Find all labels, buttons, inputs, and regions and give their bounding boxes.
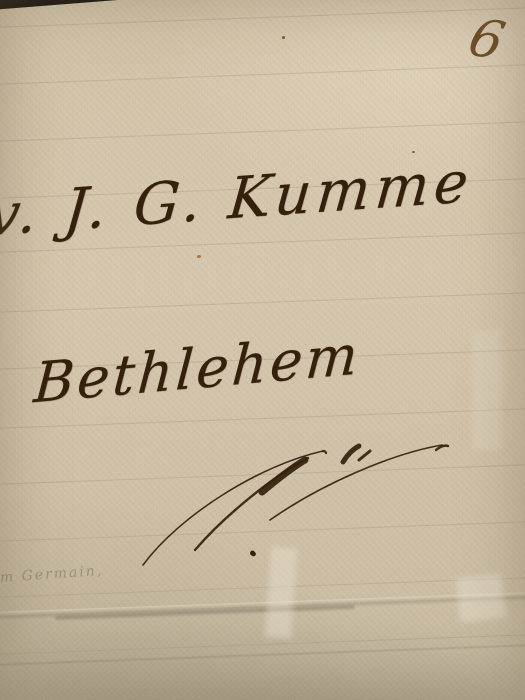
- ink-speck: [282, 36, 285, 39]
- fold-crease: [0, 591, 525, 621]
- paper-wear-streak: [456, 574, 506, 623]
- ruled-line: [0, 291, 525, 313]
- pencil-annotation: m Germain,: [0, 563, 104, 586]
- handwritten-city-line: Bethlehem: [32, 327, 362, 411]
- handwritten-name-line: v. J. G. Kumme: [0, 154, 475, 245]
- document-photo: 6 v. J. G. Kumme Bethlehem m Germain,: [0, 0, 525, 700]
- fold-crease-lower: [0, 643, 525, 666]
- photo-edge-corner: [0, 0, 118, 10]
- pa-abbreviation-flourish: [140, 430, 450, 575]
- page-number: 6: [463, 12, 509, 68]
- ruled-line: [0, 63, 525, 85]
- ruled-line: [0, 6, 525, 28]
- paper-wear-streak: [472, 330, 502, 450]
- ink-speck: [412, 151, 415, 153]
- fold-smudge: [55, 605, 355, 620]
- ink-stain-speck: [197, 255, 201, 258]
- ruled-line: [0, 633, 525, 655]
- ruled-line: [0, 120, 525, 142]
